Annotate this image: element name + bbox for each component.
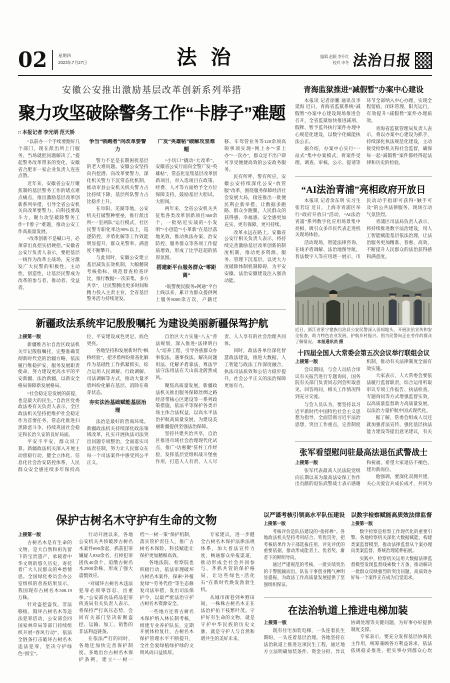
paragraph: 一些地方还将古树名木保护纳入林长制考核，组建专业养护队伍，定期开展体检复壮，古树… [140,609,194,657]
page-content: 安徽公安推出激励基层改革创新系列举措 聚力攻坚破除警务工作“卡脖子”难题 □ 本… [18,83,432,678]
weekday-label: 星期四 [58,53,87,60]
anhui-article: 安徽公安推出激励基层改革创新系列举措 聚力攻坚破除警务工作“卡脖子”难题 □ 本… [18,83,286,305]
paragraph: 数字检察是检察工作现代化的重要引擎。各地检察机关深化大数据赋能，构建类案监督模型… [351,529,432,555]
elevator-headline: 在法治轨道上推进电梯加装 [264,602,432,617]
article-body: 上接第一版既有住宅加装电梯，一头连着民生期盼，一头连着基层治理。各地坚持在法治轨… [264,620,432,662]
article-body: 上接第一版会议期间，与会人员结合审议有关报告进行专题询问，国务院有关部门负责同志… [295,359,432,437]
article-body: “以前办一个手续要跑好几个部门，现在派出所上门服务，当场就把问题解决了。”提起警… [18,139,286,305]
continued-from-label: 上接第一版 [295,460,361,467]
paragraph: 自治区大力实施“八五”普法规划，深入推进“法律明白人”培养工程，引导各族群众办事… [156,334,218,382]
continued-from-label: 上接第一版 [295,359,361,366]
qingpu-article: “AI法治青浦”亮相政府开放日 本报讯 记者余东明 实习生张若琂 近日，上海市青… [295,181,432,265]
continued-from-label: 上接第一版 [264,620,345,627]
sub-headline: 争当“领跑者”向改革要警力 [87,139,149,155]
proofreader-label: 校对 申冬 [333,60,349,66]
page-number: 02 [18,49,47,70]
paragraph: 实践中，检察机关运用大数据法律监督模型发现监督线索数十万条，推动解决一批群众反映… [351,556,432,582]
paragraph: 青浦区司法局负责人表示，将持续推进数字法治建设，用人工智能赋能基层依法治理，让法… [367,219,433,260]
masthead-block: 编辑 赵颖 李升红 校对 申冬 法治日报 [320,50,432,70]
left-zone: 安徽公安推出激励基层改革创新系列举措 聚力攻坚破除警务工作“卡脖子”难题 □ 本… [18,83,286,507]
kaohe-article: 以严谨考核引领高水平队伍建设 上接第一版考核评价是队伍建设的“指挥棒”。各地政法… [264,510,345,593]
byline: □ 本报记者 李光明 范天娇 [18,129,286,136]
section-rule [295,176,432,177]
paragraph: 近年来，安徽省公安厅聚焦制约基层警务工作的堵点难点痛点，推出激励基层改革创新系列… [18,181,80,236]
continued-from-label: 上接第一版 [264,521,345,528]
paragraph: “改革创新不是喊口号，必须拿出真招实招硬招。”安徽省公安厅负责人表示，要把基层一… [18,236,80,291]
paragraph: “小切口”撬动“大改革”。安徽省公安厅面向全警广发“英雄帖”，常态化征集基层改革… [156,158,218,206]
qr-code-icon [415,52,432,69]
npc-headline: 十四届全国人大常委会第五次会议举行联组会议 [295,348,432,357]
paragraph: 法治是最好的营商环境。新疆政法机关持续深化政法领域改革，扎实开展执法司法突出问题… [87,419,149,467]
paragraph: 改革永远在路上。安徽省公安厅相关负责人表示，将持续完善激励基层改革创新的制度机制… [224,230,286,285]
qinghai-headline: 青海监狱推进“减假暂”办案中心建设 [295,84,432,95]
digital-headline: 以数字检察赋能高质效法律监督 [351,510,432,519]
sub-headline: 广发“英雄帖”破解攻坚难题 [156,139,218,155]
continued-from-label: 上接第一版 [351,521,432,528]
paragraph: 警力不足是长期困扰基层的老大难问题。安徽公安坚持向内挖潜、向改革要警力，深化机关… [87,158,149,206]
paragraph: 大家表示，人大常委会要依法履行监督职责，综合运用听取审议专项工作报告、执法检查、… [367,373,433,414]
paragraph: “对破坏古树名木违法犯罪必须零容忍、出重拳。”公安部食品药品犯罪侦查局有关负责人… [79,581,133,636]
date-block: 星期四 2023年7月27日 [58,53,87,66]
bottom-left-zone: 保护古树名木守护有生命的文物 上接第一版古树名木是有生命的文物，是大自然和祖先留… [18,510,255,678]
sub-headline: 搭建新平台服务群众“零距离” [156,265,218,281]
trees-headline: 保护古树名木守护有生命的文物 [18,512,255,528]
paragraph: 民有所呼，警有所应。安徽公安持续深化公安“放管服”改革，围绕服务保障经济社会发展… [224,174,286,229]
bottom-right-zone: 以严谨考核引领高水平队伍建设 上接第一版考核评价是队伍建设的“指挥棒”。各地政法… [264,510,432,678]
paragraph: 新疆维吾尔自治区政法机关牢记殷殷嘱托，完整准确贯彻新时代党的治疆方略，依法履行维… [18,342,80,390]
article-body: 上接第一版古树名木是有生命的文物，是大自然和祖先留下的宝贵遗产，承载着中华文明的… [18,532,255,670]
paragraph: 各地坚持和发展新时代“枫桥经验”，把矛盾纠纷排查化解作为基础性工作抓紧抓实，综合… [87,348,149,396]
date-label: 2023年7月27日 [58,60,87,67]
section-title: 法治 [163,41,245,70]
page-header: 02 星期四 2023年7月27日 法治 编辑 赵颖 李升红 校对 申冬 法治日… [18,34,432,76]
trees-article: 保护古树名木守护有生命的文物 上接第一版古树名木是有生命的文物，是大自然和祖先留… [18,512,255,670]
paragraph: 本报讯 记者徐鹏 通讯员李延海 近日，青海省监狱系统“减假暂”办案中心建设现场推… [295,98,361,146]
paragraph: 专家建议，进一步健全古树名木保护法律法规体系，加大普法宣传力度，畅通群众举报渠道… [201,532,255,594]
npc-article: 十四届全国人大常委会第五次会议举行联组会议 上接第一版会议期间，与会人员结合审议… [295,347,432,437]
photo-caption-text: 近日，浙江省景宁畲族自治县公安民警深入田间地头，开展法治宣传和安全检查，助力特色… [295,327,432,344]
qingpu-headline: “AI法治青浦”亮相政府开放日 [295,182,432,196]
xinjiang-headline: 新疆政法系统牢记殷殷嘱托 为建设美丽新疆保驾护航 [18,315,286,330]
paragraph: 古树名木是有生命的文物，是大自然和祖先留下的宝贵遗产，承载着中华文明的悠久历史，… [18,540,72,602]
continued-from-label: 上接第一版 [18,334,80,341]
paragraph: “社会稳定是发展的前提，也是最大的民生。”自治区党委政法委有关负责人表示，全区政… [18,391,80,439]
paragraph: 在阜阳、芜湖等地，公安机关打破警种壁垒，推行派出所“一室两队”运行模式，社区民警… [87,206,149,254]
newspaper-page: 02 星期四 2023年7月27日 法治 编辑 赵颖 李升红 校对 申冬 法治日… [0,0,450,683]
paragraph: 青海省监狱管理局负责人表示，将以办案中心建设为抓手，持续深化执法规范化建设，主动… [367,126,433,167]
article-body: 上接第一版张军代表最高人民法院党组向长期以来为最高法安保工作作出贡献的退伍武警战… [295,460,432,492]
xinjiang-article: 新疆政法系统牢记殷殷嘱托 为建设美丽新疆保驾护航 上接第一版新疆维吾尔自治区政法… [18,315,286,476]
paragraph: 各地法院、检察院也积极行动，依法审理破坏古树名木案件，探索“补植复绿”“劳务代偿… [140,560,194,608]
header-divider [52,50,53,70]
section-rule [18,309,286,310]
masthead-logo: 法治日报 [352,49,412,70]
article-body: 本报讯 记者余东明 实习生张若琂 近日，上海市青浦区举行“政府开放日”活动，“A… [295,198,432,264]
right-zone: 青海监狱推进“减假暂”办案中心建设 本报讯 记者徐鹏 通讯员李延海 近日，青海省… [295,83,432,507]
digital-article: 以数字检察赋能高质效法律监督 上接第一版数字检察是检察工作现代化的重要引擎。各地… [351,510,432,593]
paragraph: 本报讯 记者余东明 实习生张若琂 近日，上海市青浦区举行“政府开放日”活动，“A… [295,198,361,239]
paragraph: 从城市街巷到乡野田间，一株株古树名木正在法治护佑下枝繁叶茂。守护好有生命的文物，… [201,595,255,643]
paragraph: 会议期间，与会人员结合审议有关报告进行专题询问，国务院有关部门负责同志到会听取意… [295,367,361,401]
paragraph: 与此同时，安徽公安建立基层减负长效机制，大幅精简考核指标，规范督查检查评比，推行… [87,255,149,303]
paragraph: 两年来，全省公安机关共征集各类改革创新项目360余个，一批贴近实战的“小发明”“… [156,206,218,261]
news-photo [295,267,432,325]
article-body: 上接第一版考核评价是队伍建设的“指挥棒”。各地政法机关坚持考用结合、奖优罚劣，把… [264,521,345,593]
continued-from-label: 上接第一版 [18,532,72,539]
paragraph: 通过严谨规范的考核，一批实绩突出的干警脱颖而出，队伍干事创业精气神明显提振，为政… [264,562,345,588]
paragraph: “以前办一个手续要跑好几个部门，现在派出所上门服务，当场就把问题解决了。”提起警… [18,139,80,180]
paragraph: 针对盗挖盗伐、非法移植、毁坏古树名木等违法犯罪活动，公安部会同国家林草局等部门持… [18,602,72,657]
elevator-article: 在法治轨道上推进电梯加装 上接第一版既有住宅加装电梯，一头连着民生期盼，一头连着… [264,602,432,662]
page-number-block: 02 星期四 2023年7月27日 [18,49,87,70]
qinghai-article: 青海监狱推进“减假暂”办案中心建设 本报讯 记者徐鹏 通讯员李延海 近日，青海省… [295,83,432,172]
section-rule [264,597,432,598]
zhangjun-article: 张军看望慰问驻最高法退伍武警战士 上接第一版张军代表最高人民法院党组向长期以来为… [295,446,432,492]
kaohe-headline: 以严谨考核引领高水平队伍建设 [264,510,345,519]
paragraph: 考核评价是队伍建设的“指挥棒”。各地政法机关坚持考用结合、奖优罚劣，把考核结果作… [264,529,345,562]
main-headline: 聚力攻坚破除警务工作“卡脖子”难题 [18,99,286,124]
photo-credit: 本报通讯员 摄 [317,339,343,344]
article-body: 上接第一版新疆维吾尔自治区政法机关牢记殷殷嘱托，完整准确贯彻新时代党的治疆方略，… [18,334,286,476]
section-rule [295,441,432,442]
sub-headline: 夯实法治基础赋能基层治理 [87,400,149,416]
twin-articles: 以严谨考核引领高水平队伍建设 上接第一版考核评价是队伍建设的“指挥棒”。各地政法… [264,510,432,593]
photo-caption: 近日，浙江省景宁畲族自治县公安民警深入田间地头，开展法治宣传和安全检查，助力特色… [295,327,432,345]
paragraph: 行动开展以来，各地公安机关共侦破涉古树名木案件690余起，抓获犯罪嫌疑人830余… [79,532,133,580]
zhangjun-headline: 张军看望慰问驻最高法退伍武警战士 [295,447,432,458]
paragraph: 同时，政法各单位深化智慧政法建设，推进大数据、人工智能与政法工作深度融合，执法司… [224,348,286,389]
editors-block: 编辑 赵颖 李升红 校对 申冬 [320,54,349,67]
news-photo-figure: 近日，浙江省景宁畲族自治县公安民警深入田间地头，开展法治宣传和安全检查，助力特色… [295,267,432,345]
paragraph: 聚焦高质量发展，新疆政法机关推出服务保障丝绸之路经济带核心区建设等一系列政策措施… [156,383,218,431]
kicker: 安徽公安推出激励基层改革创新系列举措 [18,83,286,96]
article-body: 上接第一版数字检察是检察工作现代化的重要引擎。各地检察机关深化大数据赋能，构建类… [351,521,432,593]
article-body: 本报讯 记者徐鹏 通讯员李延海 近日，青海省监狱系统“减假暂”办案中心建设现场推… [295,98,432,172]
